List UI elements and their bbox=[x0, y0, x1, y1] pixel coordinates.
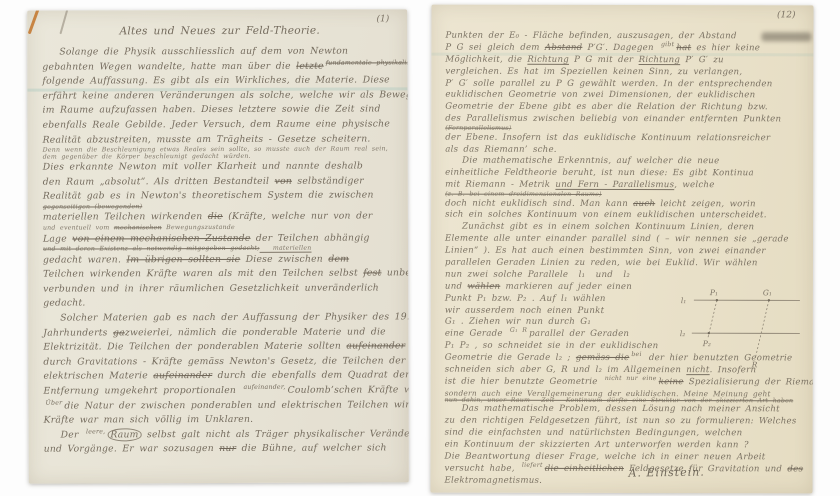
handwritten-text: Realität abzustreiten, musste am Träghei… bbox=[43, 133, 371, 145]
line-l2-label: l₂ bbox=[680, 329, 685, 338]
manuscript-line: Geometrie der Ebene gibt es aber die Rel… bbox=[445, 102, 802, 115]
handwritten-text: (Kräfte, welche nur von der bbox=[223, 211, 373, 223]
handwritten-text: Entfernung umgekehrt proportionalen bbox=[43, 385, 241, 397]
handwritten-text: P₁ P₂ , so schneidet sie in der euklidis… bbox=[445, 341, 659, 351]
manuscript-title: Altes und Neues zur Feld-Theorie. bbox=[42, 22, 397, 42]
manuscript-line: versucht habe, liefertdie einheitlichen … bbox=[445, 463, 802, 476]
manuscript-line: euklidischen Geometrie von zwei Dimensio… bbox=[445, 90, 802, 103]
handwritten-text: ebenfalls Reale Gebilde. Jeder Versuch, … bbox=[43, 118, 390, 130]
handwritten-text: Solcher Materien gab es nach der Auffass… bbox=[60, 311, 409, 323]
manuscript-line: Jahrhunderts gazweierlei, nämlich die po… bbox=[43, 325, 398, 341]
struck-text: des bbox=[787, 464, 803, 474]
point-p2 bbox=[708, 332, 710, 334]
point-g1-label: G₁ bbox=[763, 288, 772, 297]
handwritten-text: Geometrie die Gerade l₂ ; bbox=[445, 353, 576, 363]
manuscript-line: P′ G′ solle parallel zu P G gewählt werd… bbox=[445, 78, 802, 91]
handwritten-text: Diese zwischen bbox=[240, 253, 328, 264]
handwritten-text: die Natur der zwischen ponderablen und e… bbox=[64, 399, 408, 411]
point-p1-label: P₁ bbox=[709, 288, 718, 297]
struck-text: mechanischen bbox=[114, 224, 162, 231]
handwritten-text: und eventuell vom bbox=[43, 224, 114, 231]
handwritten-text: die Bühne, auf welcher sich bbox=[236, 443, 386, 455]
handwritten-text: Punkt P₁ bzw. P₂ . Auf l₁ wählen bbox=[445, 293, 606, 303]
handwritten-text: eine Gerade bbox=[445, 329, 508, 339]
manuscript-line: sind die einfachsten und natürlichsten B… bbox=[445, 428, 802, 441]
handwritten-text: zweierlei, nämlich die ponderable Materi… bbox=[125, 326, 386, 338]
handwritten-text: Dies erkannte Newton mit voller Klarheit… bbox=[43, 161, 363, 173]
manuscript-line: elektrischen Materie aufeinander durch d… bbox=[43, 369, 398, 385]
handwritten-text: liefert bbox=[522, 460, 543, 472]
manuscript-line: Entfernung umgekehrt proportionalen aufe… bbox=[43, 383, 398, 399]
struck-text: hat bbox=[676, 43, 691, 53]
handwritten-text: Die mathematische Erkenntnis, auf welche… bbox=[462, 156, 719, 167]
manuscript-line: Elemente alle unter einander parallel si… bbox=[445, 234, 802, 247]
handwritten-text: bei bbox=[631, 349, 641, 361]
handwritten-text: vergleichen. Es hat im Speziellen keinen… bbox=[445, 66, 742, 77]
manuscript-line: Überdie Natur der zwischen ponderablen u… bbox=[44, 398, 399, 414]
handwritten-text: Über bbox=[46, 396, 63, 411]
page-number: (12) bbox=[777, 10, 796, 20]
handwritten-text: selbst galt nicht als Träger physikalisc… bbox=[142, 428, 409, 440]
manuscript-line: Das mathematische Problem, dessen Lösung… bbox=[445, 404, 802, 417]
handwritten-text-block: Punkten der E₀ - Fläche befinden, auszus… bbox=[445, 31, 803, 488]
handwritten-text: Richtung bbox=[527, 55, 569, 65]
handwritten-text: nicht nur eine bbox=[605, 373, 657, 385]
manuscript-line: (Fernparallelismus) bbox=[445, 126, 802, 133]
handwritten-text: den Raum „absolut“. Als dritten Bestandt… bbox=[43, 176, 275, 188]
manuscript-line: Realität gab es in Newton's theoretische… bbox=[43, 189, 398, 205]
handwritten-text: ist die hier benutzte Geometrie bbox=[445, 377, 603, 387]
handwritten-text: Punkten der E₀ - Fläche befinden, auszus… bbox=[445, 31, 736, 42]
manuscript-line: dem gegenüber die Körper beschleunigt ge… bbox=[43, 153, 398, 161]
struck-text: nun dahin, unser Raum - Zeit - Kontinuum… bbox=[445, 396, 794, 404]
manuscript-line: ebenfalls Reale Gebilde. Jeder Versuch, … bbox=[43, 117, 398, 133]
manuscript-line: und Vorgänge. Er war sozusagen nur die B… bbox=[44, 442, 399, 458]
handwritten-text: parallelen Geraden Linien zu reden, wie … bbox=[445, 258, 758, 269]
struck-text: und mit deren Existenz als notwendig mit… bbox=[43, 245, 260, 253]
struck-text: auch bbox=[633, 199, 655, 209]
manuscript-line: Solcher Materien gab es nach der Auffass… bbox=[43, 310, 398, 326]
manuscript-line: und eventuell vom mechanischen Bewegungs… bbox=[43, 224, 398, 232]
handwritten-text: Zunächst gibt es in einem solchen Kontin… bbox=[462, 222, 754, 233]
handwritten-text: Die Beantwortung dieser Frage, welche ic… bbox=[445, 452, 766, 463]
manuscript-line: erfährt keine anderen Veränderungen als … bbox=[42, 88, 397, 104]
manuscript-photo: (1) Altes und Neues zur Feld-Theorie. So… bbox=[0, 0, 840, 496]
handwritten-text: sind die einfachsten und natürlichsten B… bbox=[445, 428, 743, 439]
handwritten-text: selbständiger bbox=[292, 175, 364, 186]
manuscript-line: als das Riemann’ sche. bbox=[445, 144, 802, 157]
handwritten-text: wir ausserdem noch einen Punkt bbox=[445, 305, 604, 315]
handwritten-text: P G mit der bbox=[569, 55, 639, 65]
manuscript-page-1: (1) Altes und Neues zur Feld-Theorie. So… bbox=[27, 9, 409, 483]
manuscript-line: verbunden und in ihrer räumlichen Gesetz… bbox=[43, 281, 398, 297]
handwritten-text: gedacht waren. bbox=[43, 254, 126, 265]
manuscript-line: Dies erkannte Newton mit voller Klarheit… bbox=[43, 160, 398, 176]
manuscript-line: im Raume aufzufassen haben. Dieses letzt… bbox=[43, 103, 398, 119]
struck-text: fest bbox=[363, 268, 381, 279]
handwritten-text: Realität gab es in Newton's theoretische… bbox=[43, 190, 374, 202]
einstein-signature: A. Einstein. bbox=[628, 466, 704, 480]
handwritten-text: und Vorgänge. Er war sozusagen bbox=[44, 443, 220, 455]
handwritten-text: Solange die Physik ausschliesslich auf d… bbox=[59, 46, 348, 58]
parallel-lines-diagram: l₁ P₁ G₁ l₂ P₂ R bbox=[679, 288, 803, 380]
handwritten-text: Raum bbox=[107, 428, 141, 441]
handwritten-text: im Raume aufzufassen haben. Dieses letzt… bbox=[43, 104, 381, 116]
handwritten-text: erfährt keine anderen Veränderungen als … bbox=[42, 89, 408, 101]
handwritten-text: Geometrie der Ebene gibt es aber die Rel… bbox=[445, 102, 768, 113]
handwritten-text: der Ebene. Insofern ist das euklidische … bbox=[445, 132, 770, 143]
manuscript-line: gedacht waren. Im übrigen sollten sie Di… bbox=[43, 252, 398, 268]
struck-text: aufeinander bbox=[153, 370, 212, 381]
struck-text: gemäss die bbox=[576, 353, 629, 363]
manuscript-line: Die mathematische Erkenntnis, auf welche… bbox=[445, 156, 802, 169]
handwritten-text: dem gegenüber die Körper beschleunigt ge… bbox=[43, 153, 251, 161]
handwritten-text: sich ein solches Kontinuum von einem euk… bbox=[445, 210, 767, 221]
manuscript-line: Teilchen wirkenden Kräfte waren als mit … bbox=[43, 267, 398, 283]
struck-text: Abstand bbox=[545, 43, 583, 53]
handwritten-text: Linien“ ). Es hat auch einen bestimmten … bbox=[445, 246, 766, 257]
handwritten-text: P′G′. Dagegen bbox=[582, 43, 659, 53]
handwritten-text: materiellen Teilchen wirkenden bbox=[43, 211, 208, 223]
handwritten-text: Richtung bbox=[639, 55, 681, 65]
struck-text: die einheitlichen bbox=[545, 464, 624, 474]
handwritten-text: aufeinander, bbox=[243, 381, 285, 396]
manuscript-line: gegenseitigen (bewegenden) bbox=[43, 203, 398, 211]
handwritten-text: folgende Auffassung. Es gibt als ein Wir… bbox=[42, 75, 389, 87]
handwritten-text: P′ G′ solle parallel zu P G gewählt werd… bbox=[445, 78, 772, 89]
handwritten-text: parallel der Geraden bbox=[529, 329, 629, 339]
manuscript-line: doch nicht euklidisch sind. Man kann auc… bbox=[445, 198, 802, 211]
manuscript-line: Elektromagnetismus. bbox=[445, 475, 802, 488]
handwritten-text-block: Altes und Neues zur Feld-Theorie. Solang… bbox=[42, 22, 399, 457]
handwritten-text: materiellen bbox=[260, 245, 312, 252]
handwritten-text: und Fern - Parallelismus bbox=[555, 180, 674, 190]
handwritten-text: Elemente alle unter einander parallel si… bbox=[445, 234, 789, 245]
handwritten-text: als das Riemann’ sche. bbox=[445, 144, 557, 154]
handwritten-text: gibt bbox=[661, 39, 674, 51]
struck-text: von bbox=[275, 175, 292, 186]
handwritten-text: gedacht. bbox=[43, 298, 85, 309]
handwritten-text: und bbox=[445, 281, 468, 291]
manuscript-line: folgende Auffassung. Es gibt als ein Wir… bbox=[42, 74, 397, 90]
manuscript-line: nun dahin, unser Raum - Zeit - Kontinuum… bbox=[445, 397, 802, 404]
manuscript-line: zu den richtigen Feldgesetzen führt, ist… bbox=[445, 416, 802, 429]
manuscript-line: Möglichkeit, die Richtung P G mit der Ri… bbox=[445, 54, 802, 67]
handwritten-text: zu den richtigen Feldgesetzen führt, ist… bbox=[445, 416, 797, 427]
manuscript-line: Elektrizität. Die Teilchen der ponderabl… bbox=[43, 340, 398, 356]
handwritten-text: gebahnten Wegen wandelte, hatte man über… bbox=[42, 60, 296, 72]
manuscript-line: parallelen Geraden Linien zu reden, wie … bbox=[445, 258, 802, 271]
handwritten-text: Coulomb’schen Kräfte wirken. bbox=[288, 384, 409, 396]
handwritten-text: elektrischen Materie bbox=[43, 371, 153, 382]
manuscript-line: gebahnten Wegen wandelte, hatte man über… bbox=[42, 59, 397, 75]
manuscript-line: sich ein solches Kontinuum von einem euk… bbox=[445, 210, 802, 223]
manuscript-line: Zunächst gibt es in einem solchen Kontin… bbox=[445, 222, 802, 235]
handwritten-text: durch die ebenfalls dem Quadrat der bbox=[212, 370, 409, 382]
handwritten-text: doch nicht euklidisch sind. Man kann bbox=[445, 198, 633, 208]
handwritten-text: Das mathematische Problem, dessen Lösung… bbox=[462, 404, 780, 415]
manuscript-line: nun zwei solche Parallele l₁ und l₂ bbox=[445, 270, 802, 283]
manuscript-line: P G sei gleich dem Abstand P′G′. Dagegen… bbox=[445, 43, 802, 56]
struck-text: letzte bbox=[296, 60, 324, 71]
handwritten-text: , welche bbox=[674, 180, 714, 190]
struck-text: fundamentale physikalische bbox=[326, 56, 409, 71]
point-r-label: R bbox=[751, 360, 758, 369]
handwritten-text: der Teilchen abhängig bbox=[251, 232, 370, 243]
handwritten-text: Lage bbox=[43, 233, 72, 244]
manuscript-line: (z. B. bei einem dreidimensionalen Raume… bbox=[445, 192, 802, 199]
manuscript-line: und mit deren Existenz als notwendig mit… bbox=[43, 245, 398, 253]
handwritten-text: Elektromagnetismus. bbox=[445, 475, 543, 485]
manuscript-line: ein Kontinuum der skizzierten Art unterw… bbox=[445, 440, 802, 453]
manuscript-page-12: (12) Punkten der E₀ - Fläche befinden, a… bbox=[430, 5, 813, 494]
handwritten-text: ein Kontinuum der skizzierten Art unterw… bbox=[445, 440, 749, 451]
manuscript-line: der Ebene. Insofern ist das euklidische … bbox=[445, 132, 802, 145]
manuscript-line: gedacht. bbox=[43, 296, 398, 312]
struck-text: (Fernparallelismus) bbox=[445, 125, 511, 132]
orange-pencil-mark bbox=[28, 9, 40, 34]
handwritten-text: leicht zeigen, worin bbox=[655, 199, 756, 209]
manuscript-line: vergleichen. Es hat im Speziellen keinen… bbox=[445, 66, 802, 79]
point-p2-label: P₂ bbox=[702, 339, 711, 348]
handwritten-text: leere, bbox=[86, 425, 105, 440]
struck-text: nur bbox=[219, 443, 236, 454]
handwritten-text: Möglichkeit, die bbox=[445, 54, 527, 64]
handwritten-text: des Parallelismus zwischen beliebig von … bbox=[445, 114, 781, 125]
manuscript-line: einheitliche Feldtheorie beruht, ist nun… bbox=[445, 168, 802, 181]
manuscript-line: Punkten der E₀ - Fläche befinden, auszus… bbox=[445, 31, 802, 44]
manuscript-line: durch Gravitations - Kräfte gemäss Newto… bbox=[43, 354, 398, 370]
handwritten-text: Jahrhunderts bbox=[43, 327, 113, 338]
handwritten-text: verbunden und in ihrer räumlichen Gesetz… bbox=[43, 282, 379, 294]
handwritten-text: Elektrizität. Die Teilchen der ponderabl… bbox=[43, 341, 346, 353]
handwritten-text: durch Gravitations - Kräfte gemäss Newto… bbox=[43, 355, 405, 367]
handwritten-text: mit Riemann - Metrik bbox=[445, 180, 555, 190]
handwritten-text: P′ G′ zu bbox=[680, 55, 724, 65]
handwritten-text: unbedingt bbox=[381, 267, 408, 278]
struck-text: (z. B. bei einem dreidimensionalen Raume… bbox=[445, 191, 602, 198]
struck-text: von einem mechanischen Zustande bbox=[72, 232, 250, 244]
handwritten-text: einheitliche Feldtheorie beruht, ist nun… bbox=[445, 168, 754, 179]
handwritten-text: nun zwei solche Parallele l₁ und l₂ bbox=[445, 270, 630, 280]
struck-text: die bbox=[208, 211, 223, 222]
handwritten-text: P G sei gleich dem bbox=[445, 43, 544, 53]
handwritten-text: Bewegungszustande bbox=[162, 224, 235, 231]
dashed-g1-r bbox=[756, 300, 769, 356]
struck-text: aufeinander bbox=[346, 341, 405, 352]
handwritten-text: es hier keine bbox=[691, 43, 760, 53]
handwritten-text: G₁ R bbox=[510, 325, 527, 337]
handwritten-text: euklidischen Geometrie von zwei Dimensio… bbox=[445, 90, 755, 101]
manuscript-line: Linien“ ). Es hat auch einen bestimmten … bbox=[445, 246, 802, 259]
handwritten-text: Kräfte war man sich völlig im Unklaren. bbox=[44, 414, 254, 426]
struck-text: dem bbox=[328, 253, 349, 264]
handwritten-text: Der bbox=[61, 429, 84, 440]
handwritten-text: versucht habe, bbox=[445, 463, 520, 473]
handwritten-text: Teilchen wirkenden Kräfte waren als mit … bbox=[43, 268, 363, 280]
manuscript-line: den Raum „absolut“. Als dritten Bestandt… bbox=[43, 174, 398, 190]
manuscript-line: Die Beantwortung dieser Frage, welche ic… bbox=[445, 452, 802, 465]
manuscript-line: Der leere,Raum selbst galt nicht als Trä… bbox=[44, 427, 399, 443]
struck-text: ga bbox=[113, 327, 125, 338]
struck-text: wählen bbox=[467, 281, 500, 291]
struck-text: gegenseitigen (bewegenden) bbox=[43, 203, 142, 210]
handwritten-text: markieren auf jeder einen bbox=[500, 282, 632, 292]
line-l1-label: l₁ bbox=[681, 296, 686, 305]
struck-text: Im übrigen sollten sie bbox=[126, 254, 240, 265]
